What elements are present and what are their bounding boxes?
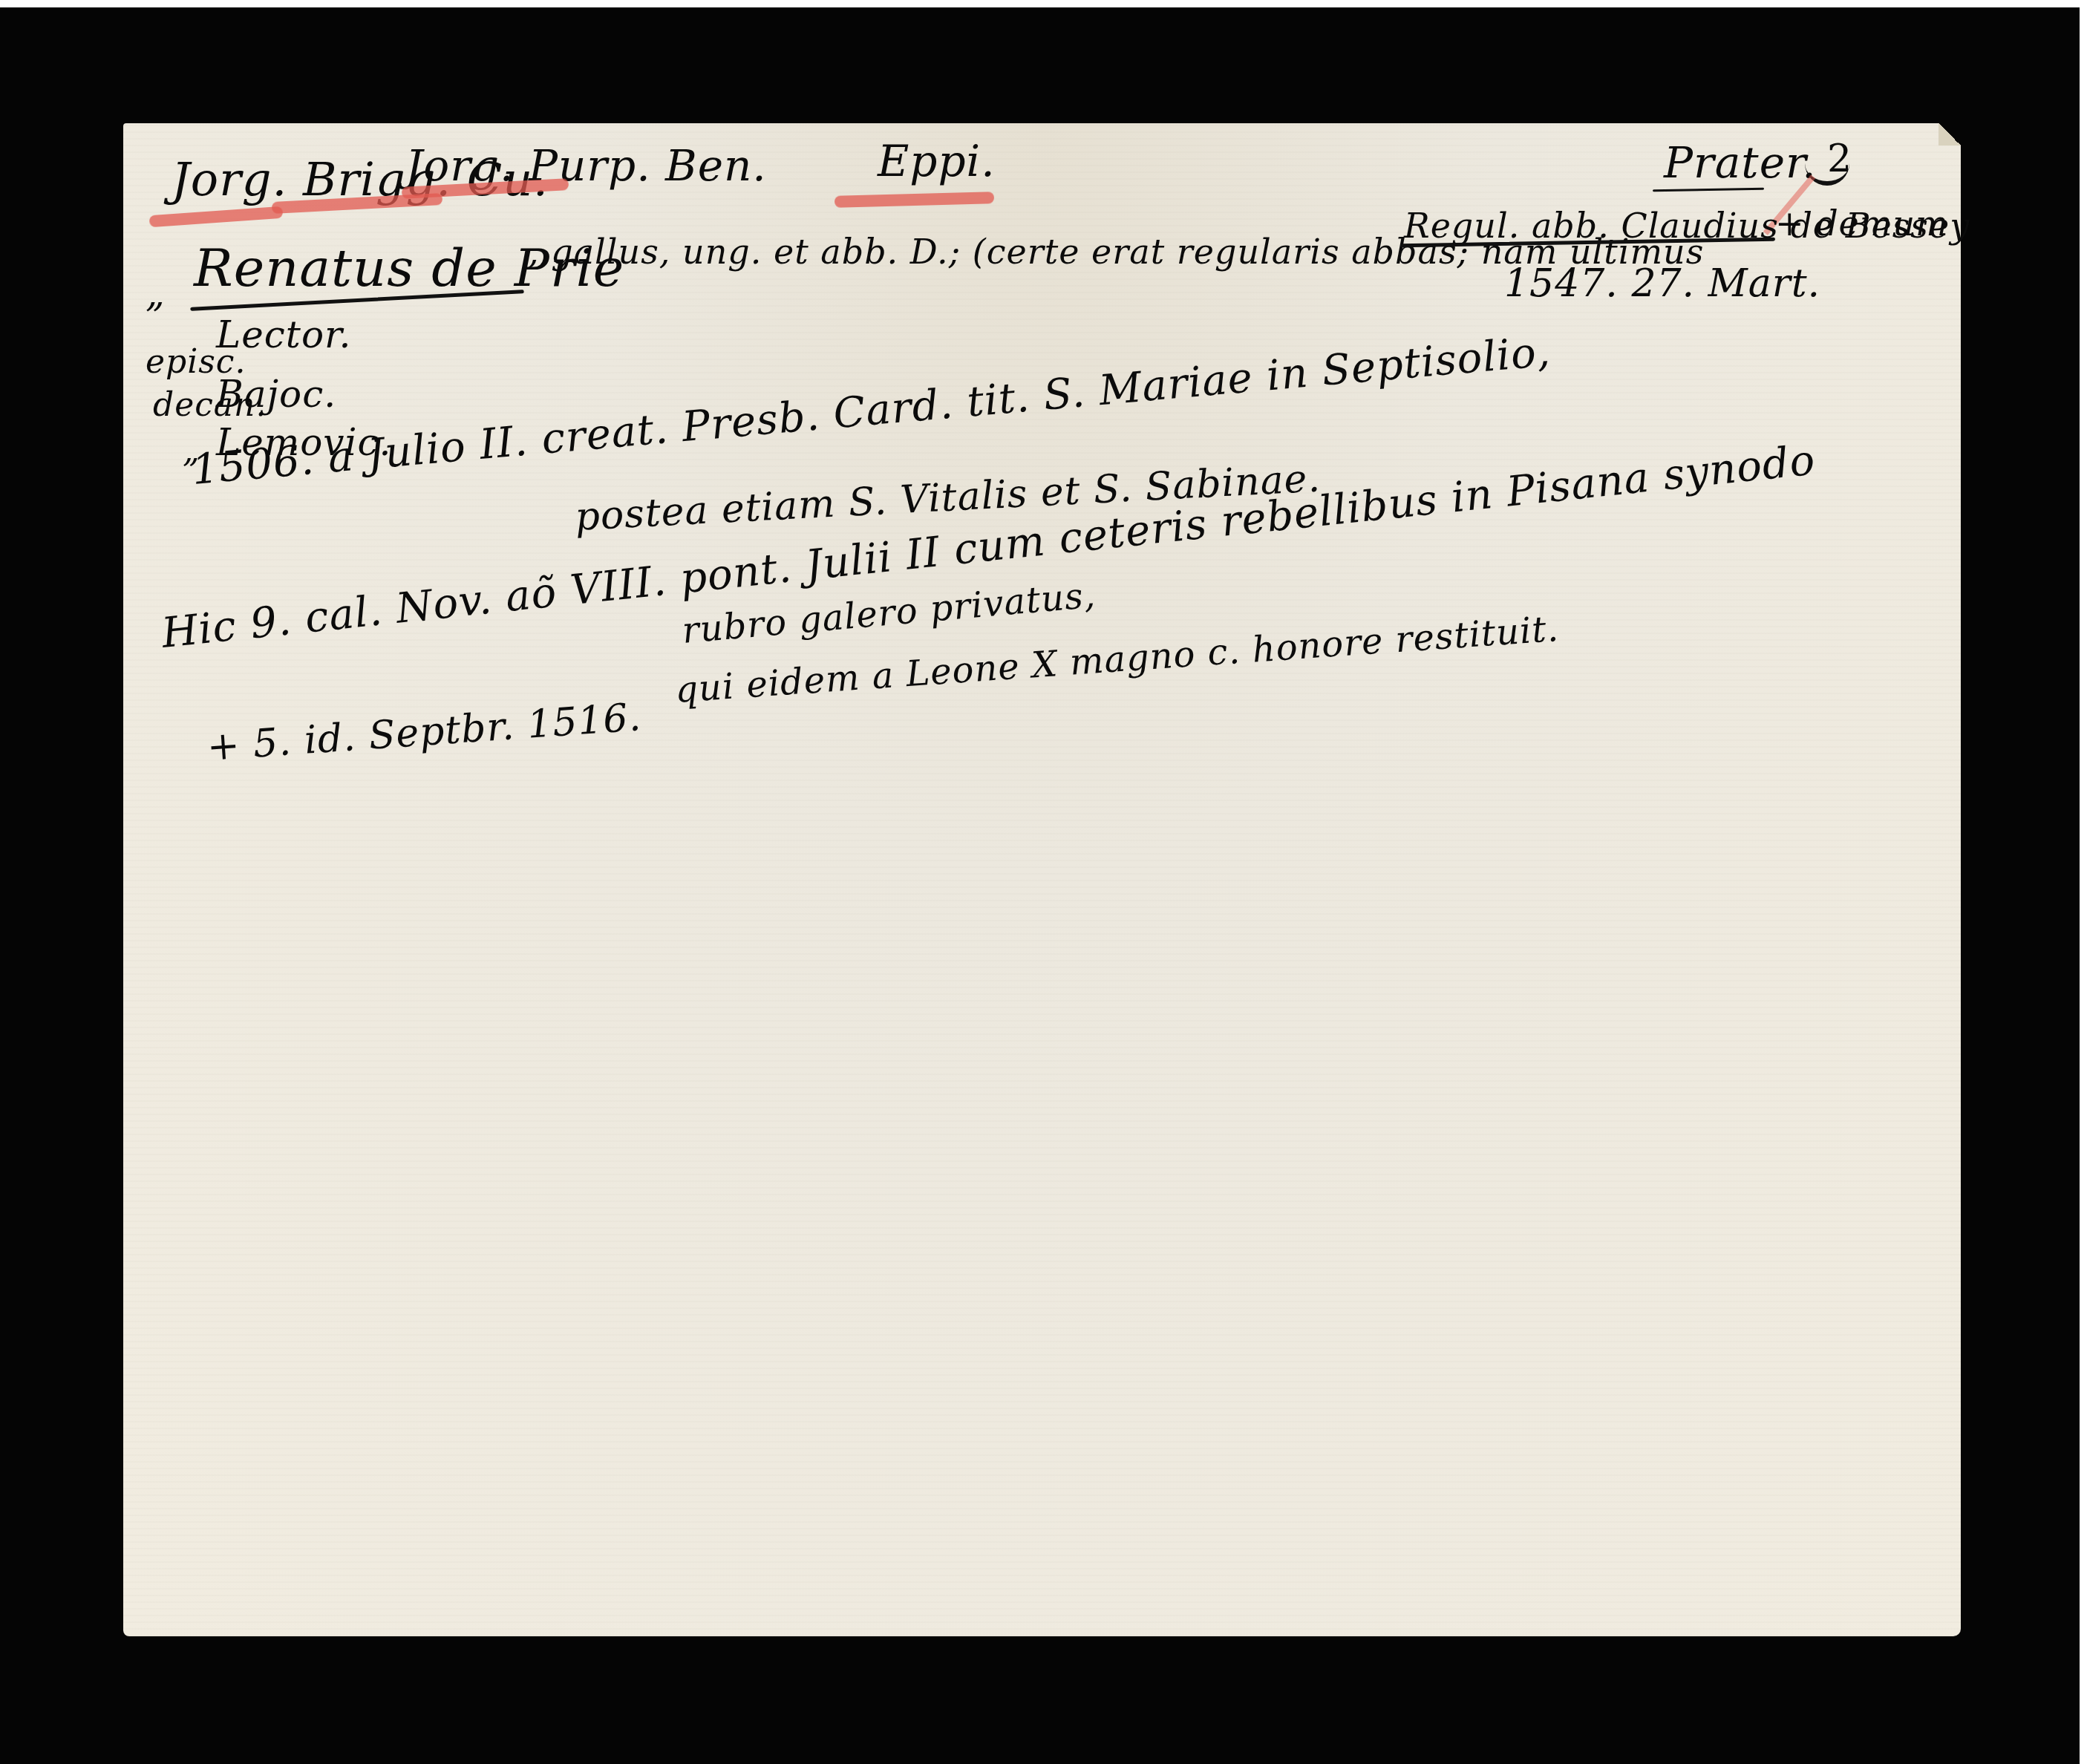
ink-underline-right: [1653, 188, 1764, 192]
creation-line: 1506. a Julio II. creat. Presb. Card. ti…: [190, 331, 1552, 491]
entry-date: 1547. 27. Mart.: [1504, 264, 1820, 303]
red-underline-center: [835, 192, 994, 208]
heading-right: Prater.: [1664, 141, 1817, 184]
death-line: + 5. id. Septbr. 1516.: [206, 698, 642, 767]
entry-line1-tail: + demum: [1775, 206, 1949, 241]
heading-left-2: Jorg. Purp. Ben.: [405, 144, 767, 187]
red-underline-left-1a: [149, 206, 284, 228]
ditto-mark: „: [146, 275, 166, 313]
sub-line-bajoc: Bajoc.: [216, 376, 336, 413]
manuscript-page: Jorg. Brigg. Cu. Jorg. Purp. Ben. Eppi. …: [123, 123, 1961, 1636]
heading-center: Eppi.: [878, 140, 996, 183]
